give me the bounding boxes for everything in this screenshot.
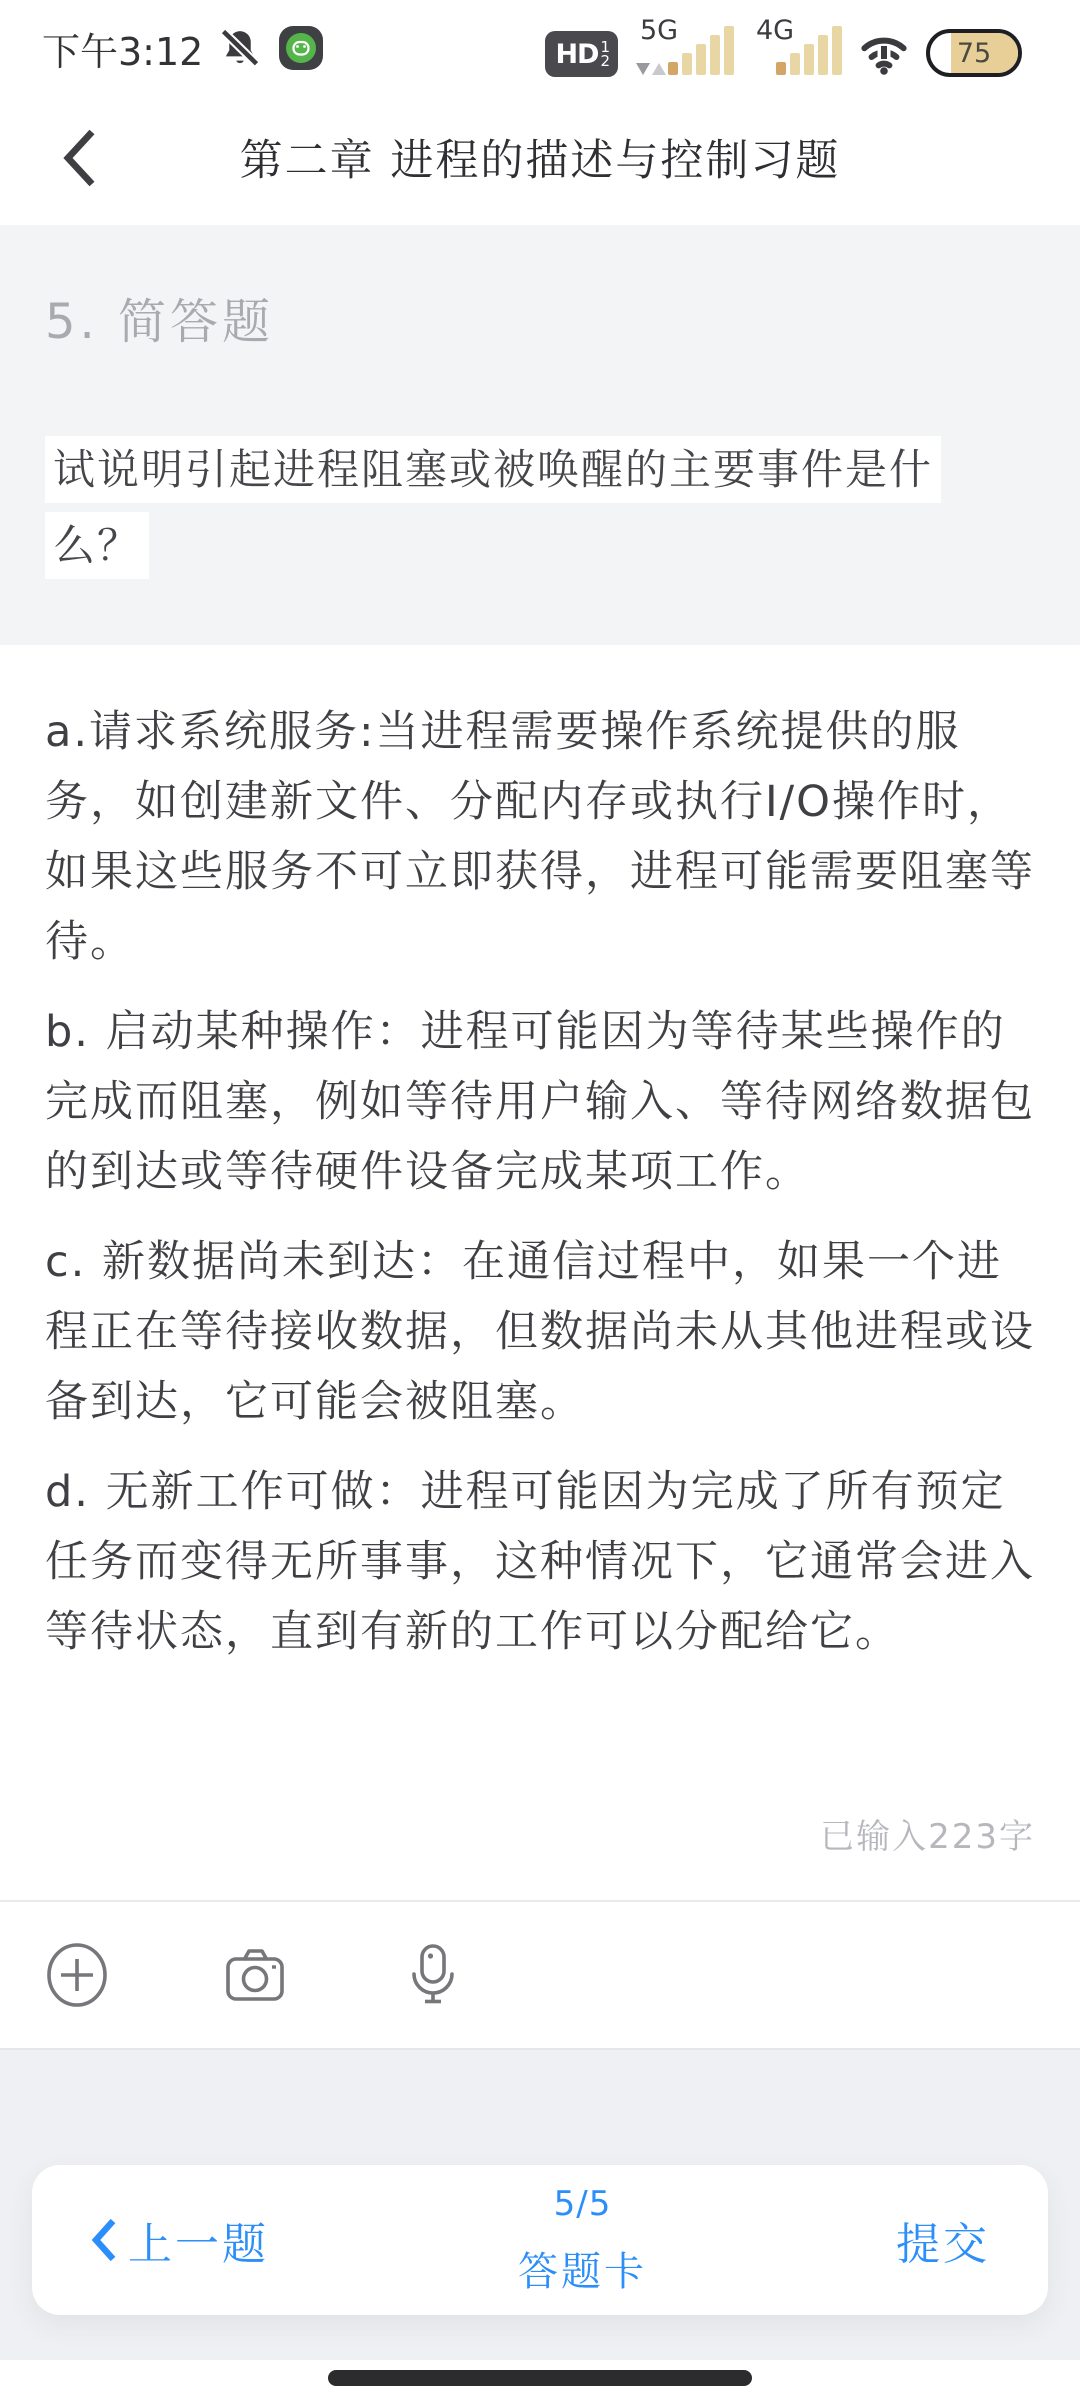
question-panel: 5. 简答题 试说明引起进程阻塞或被唤醒的主要事件是什么？ <box>0 225 1080 645</box>
camera-button[interactable] <box>222 1942 288 2008</box>
status-time: 下午3:12 <box>42 21 203 76</box>
battery-percent: 75 <box>930 33 1018 73</box>
answer-paragraph: c. 新数据尚未到达：在通信过程中，如果一个进程正在等待接收数据，但数据尚未从其… <box>45 1227 1035 1437</box>
answer-paragraph: d. 无新工作可做：进程可能因为完成了所有预定任务而变得无所事事，这种情况下，它… <box>45 1457 1035 1667</box>
char-counter: 已输入223字 <box>45 1809 1035 1858</box>
prev-question-button[interactable]: 上一题 <box>90 2208 269 2272</box>
chevron-left-icon <box>60 127 100 189</box>
gesture-bar-area <box>0 2360 1080 2400</box>
status-bar: 下午3:12 HD <box>0 0 1080 90</box>
signal-5g-icon: 5G <box>634 19 734 77</box>
wifi-alert-icon <box>858 31 910 77</box>
question-type-label: 5. 简答题 <box>45 283 1035 352</box>
question-nav-card: 上一题 5/5 答题卡 提交 <box>32 2165 1048 2315</box>
camera-icon <box>222 1944 288 2006</box>
plus-circle-icon <box>45 1943 109 2007</box>
battery-indicator: 75 <box>926 29 1022 77</box>
hd-sim2: 2 <box>600 54 610 68</box>
chevron-left-icon <box>90 2217 118 2263</box>
status-left: 下午3:12 <box>42 21 325 76</box>
prev-question-label: 上一题 <box>128 2208 269 2272</box>
nav-bar: 第二章 进程的描述与控制习题 <box>0 90 1080 225</box>
answer-card-label: 答题卡 <box>518 2240 647 2297</box>
app-screen: 下午3:12 HD <box>0 0 1080 2400</box>
status-right: HD 1 2 5G 4G <box>545 19 1022 77</box>
signal-4g-icon: 4G <box>750 19 842 77</box>
submit-button[interactable]: 提交 <box>896 2208 990 2272</box>
question-progress: 5/5 <box>554 2184 612 2224</box>
back-button[interactable] <box>52 123 108 193</box>
page-title: 第二章 进程的描述与控制习题 <box>240 127 841 188</box>
voice-input-button[interactable] <box>400 1942 466 2008</box>
app-notification-icon <box>277 24 325 72</box>
answer-editor[interactable]: a.请求系统服务:当进程需要操作系统提供的服务，如创建新文件、分配内存或执行I/… <box>0 645 1080 1900</box>
mute-bell-icon <box>217 25 263 71</box>
bottom-sheet: 上一题 5/5 答题卡 提交 <box>0 2048 1080 2360</box>
add-attachment-button[interactable] <box>44 1942 110 2008</box>
editor-toolbar <box>0 1900 1080 2048</box>
submit-label: 提交 <box>896 2208 990 2272</box>
answer-paragraph: a.请求系统服务:当进程需要操作系统提供的服务，如创建新文件、分配内存或执行I/… <box>45 697 1035 977</box>
hd-label: HD <box>555 39 598 70</box>
answer-paragraph: b. 启动某种操作：进程可能因为等待某些操作的完成而阻塞，例如等待用户输入、等待… <box>45 997 1035 1207</box>
question-text-highlight: 试说明引起进程阻塞或被唤醒的主要事件是什么？ <box>45 436 941 579</box>
home-indicator[interactable] <box>328 2370 752 2386</box>
question-text: 试说明引起进程阻塞或被唤醒的主要事件是什么？ <box>45 432 1005 584</box>
hd-volte-badge: HD 1 2 <box>545 31 618 77</box>
microphone-icon <box>407 1943 459 2007</box>
answer-card-button[interactable]: 5/5 答题卡 <box>518 2184 647 2297</box>
